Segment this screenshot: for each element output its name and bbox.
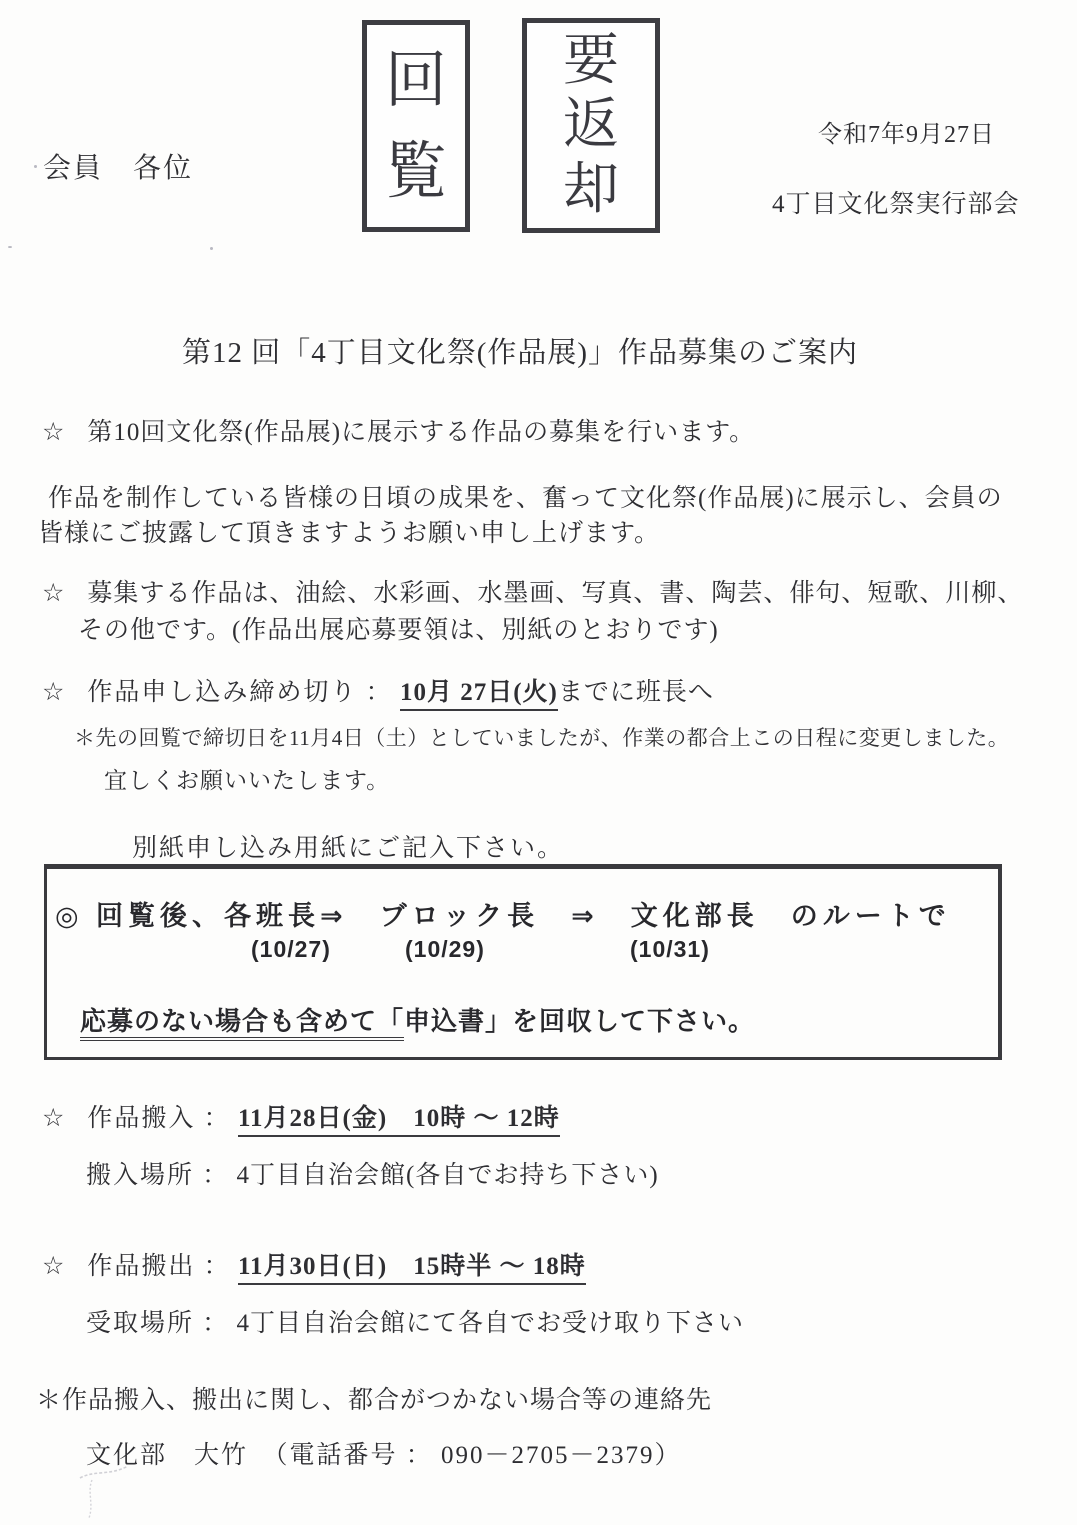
scanned-notice-page: 会員 各位 回 覧 要 返 却 令和7年9月27日 4丁目文化祭実行部会 第12… xyxy=(0,0,1077,1525)
bullet-works-continued: その他です。(作品出展応募要領は、別紙のとおりです) xyxy=(78,610,719,646)
circulation-stamp: 回 覧 xyxy=(362,20,470,232)
deadline-suffix: までに班長へ xyxy=(558,679,714,706)
carry-out-label: 作品搬出 ： xyxy=(87,1253,230,1280)
carry-in-place-label: 搬入場所 ： xyxy=(86,1162,229,1189)
star-icon: ☆ xyxy=(42,417,65,447)
issuer-name: 4丁目文化祭実行部会 xyxy=(772,184,1020,220)
bullet-works: ☆募集する作品は、油絵、水彩画、水墨画、写真、書、陶芸、俳句、短歌、川柳、 xyxy=(42,573,1023,609)
carry-in-place-value: 4丁目自治会館(各自でお持ち下さい) xyxy=(237,1162,659,1189)
deadline-date: 10月 27日(火) xyxy=(400,679,558,711)
return-required-stamp: 要 返 却 xyxy=(522,18,660,233)
stamp-char: 要 xyxy=(563,33,619,89)
bullet-deadline: ☆作品申し込み締め切り ： 10月 27日(火)までに班長へ xyxy=(42,672,714,708)
carry-out-datetime: 11月30日(日) 15時半 ～ 18時 xyxy=(238,1253,586,1285)
carry-out-place-value: 4丁目自治会館にて各自でお受け取り下さい xyxy=(237,1310,745,1337)
star-icon: ☆ xyxy=(42,677,65,707)
carry-out-place: 受取場所 ： 4丁目自治会館にて各自でお受け取り下さい xyxy=(86,1303,744,1339)
collect-instruction-underlined: 応募のない場合も含めて「 xyxy=(80,1006,404,1041)
collect-instruction: 応募のない場合も含めて「申込書」を回収して下さい。 xyxy=(80,1001,755,1038)
paragraph-line: 皆様にご披露して頂きますようお願い申し上げます。 xyxy=(38,513,660,549)
bullet-recruit: ☆第10回文化祭(作品展)に展示する作品の募集を行います。 xyxy=(42,412,755,448)
carry-in-label: 作品搬入 ： xyxy=(87,1105,230,1132)
contact-detail: 文化部 大竹 （電話番号 ： 090－2705－2379） xyxy=(86,1435,682,1471)
stamp-char: 却 xyxy=(563,162,619,218)
bullet-works-text: 募集する作品は、油絵、水彩画、水墨画、写真、書、陶芸、俳句、短歌、川柳、 xyxy=(87,580,1023,607)
document-date: 令和7年9月27日 xyxy=(818,114,995,149)
scan-speck xyxy=(34,165,37,168)
deadline-change-note: ＊先の回覧で締切日を11月4日（土）としていましたが、作業の都合上この日程に変更… xyxy=(74,722,1009,752)
application-form-note: 別紙申し込み用紙にご記入下さい。 xyxy=(132,828,564,864)
deadline-courtesy-note: 宜しくお願いいたします。 xyxy=(104,762,390,795)
stamp-char: 返 xyxy=(563,97,619,153)
deadline-label: 作品申し込み締め切り ： xyxy=(87,679,392,706)
carry-in-datetime: 11月28日(金) 10時 ～ 12時 xyxy=(238,1105,560,1137)
scan-speck xyxy=(210,247,213,250)
star-icon: ☆ xyxy=(42,1103,65,1133)
route-date: (10/29) xyxy=(405,936,485,963)
carry-in-place: 搬入場所 ： 4丁目自治会館(各自でお持ち下さい) xyxy=(86,1155,659,1191)
contact-heading: ＊作品搬入、搬出に関し、都合がつかない場合等の連絡先 xyxy=(36,1380,712,1416)
stamp-char: 覧 xyxy=(385,141,447,203)
pencil-mark-artifact xyxy=(72,1460,142,1525)
star-icon: ☆ xyxy=(42,1251,65,1281)
recipient-line: 会員 各位 xyxy=(43,146,193,186)
stamp-char: 回 xyxy=(385,50,447,112)
route-date: (10/31) xyxy=(630,936,710,963)
bullet-recruit-text: 第10回文化祭(作品展)に展示する作品の募集を行います。 xyxy=(87,419,755,446)
carry-out-place-label: 受取場所 ： xyxy=(86,1310,229,1337)
paragraph-line: 作品を制作している皆様の日頃の成果を、奮って文化祭(作品展)に展示し、会員の xyxy=(48,478,1003,514)
circulation-route-box: ◎ 回覧後、各班長⇒ ブロック長 ⇒ 文化部長 のルートで (10/27) (1… xyxy=(44,864,1002,1060)
collect-instruction-rest: 申込書」を回収して下さい。 xyxy=(404,1006,755,1036)
star-icon: ☆ xyxy=(42,578,65,608)
scan-speck xyxy=(8,246,12,248)
document-title: 第12 回「4丁目文化祭(作品展)」作品募集のご案内 xyxy=(0,330,1040,371)
route-date: (10/27) xyxy=(251,936,331,963)
bullet-carry-out: ☆作品搬出 ： 11月30日(日) 15時半 ～ 18時 xyxy=(42,1246,586,1282)
bullet-carry-in: ☆作品搬入 ： 11月28日(金) 10時 ～ 12時 xyxy=(42,1098,560,1134)
route-line: ◎ 回覧後、各班長⇒ ブロック長 ⇒ 文化部長 のルートで xyxy=(55,894,951,933)
